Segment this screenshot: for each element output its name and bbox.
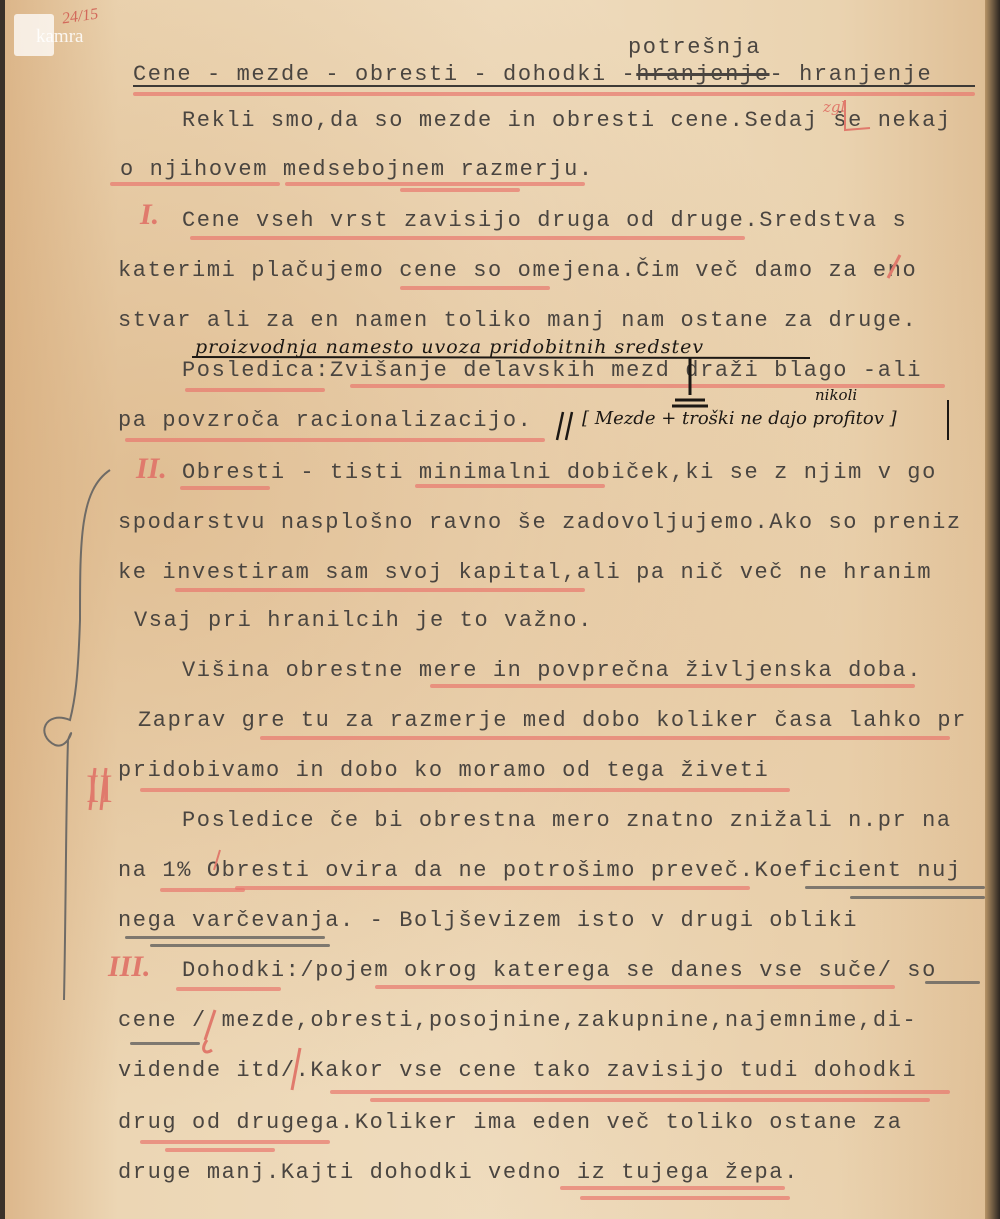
red-slash bbox=[888, 255, 900, 278]
double-slash-mark bbox=[557, 412, 572, 440]
document-page: kamra 24/15 potrešnja Cene - mezde - obr… bbox=[0, 0, 985, 1219]
insertion-caret-icon bbox=[672, 358, 708, 406]
pen-rule bbox=[192, 357, 810, 358]
red-slash bbox=[292, 1048, 300, 1090]
annotation-overlay bbox=[0, 0, 1000, 1219]
red-bracket-mark bbox=[204, 1010, 215, 1052]
pencil-margin-brace bbox=[44, 470, 110, 1000]
